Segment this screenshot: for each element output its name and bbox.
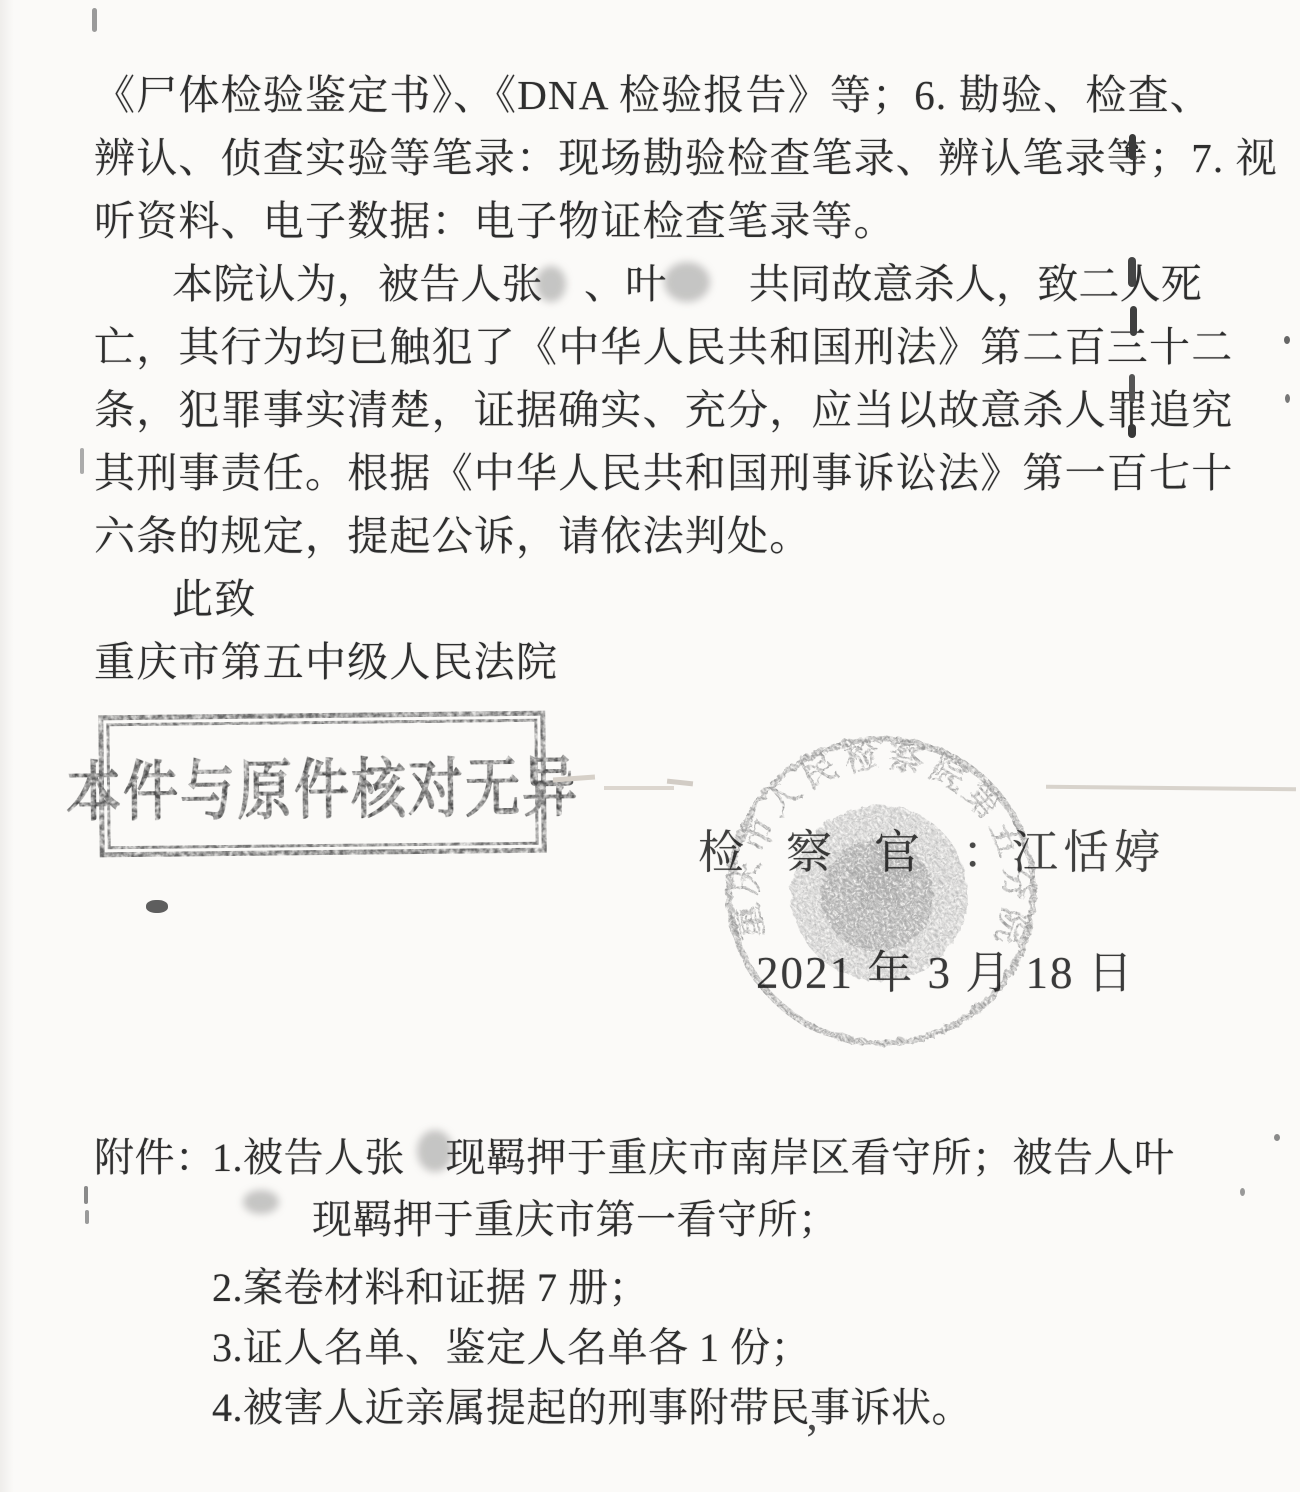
attachment-item: 现羁押于重庆市第一看守所； — [312, 1188, 839, 1245]
attachment-item: 4.被害人近亲属提起的刑事附带民事诉状。 — [212, 1376, 972, 1433]
attachments-label: 附件： — [94, 1126, 216, 1183]
attachment-item: 1.被告人张 现羁押于重庆市南岸区看守所；被告人叶 — [212, 1126, 1175, 1183]
attachment-item: 2.案卷材料和证据 7 册； — [212, 1256, 649, 1313]
attachments-section: 附件： 1.被告人张 现羁押于重庆市南岸区看守所；被告人叶 现羁押于重庆市第一看… — [0, 0, 1300, 1492]
attachment-item: 3.证人名单、鉴定人名单各 1 份； — [212, 1316, 811, 1373]
scanned-indictment-page: 《尸体检验鉴定书》、《DNA 检验报告》等；6. 勘验、检查、 辨认、侦查实验等… — [0, 0, 1300, 1492]
